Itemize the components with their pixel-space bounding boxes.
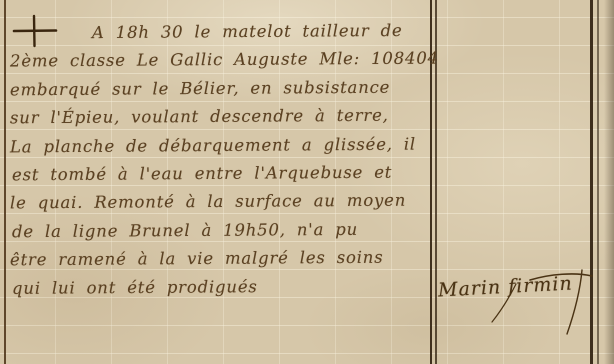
right-column-rule (590, 0, 593, 364)
entry-line: A 18h 30 le matelot tailleur de (92, 21, 403, 42)
margin-cross-mark (12, 14, 58, 48)
entry-line: 2ème classe Le Gallic Auguste Mle: 10840… (10, 49, 439, 71)
entry-line: de la ligne Brunel à 19h50, n'a pu (12, 220, 358, 241)
entry-line: être ramené à la vie malgré les soins (10, 248, 384, 270)
entry-line: le quai. Remonté à la surface au moyen (10, 191, 406, 213)
page-edge-shadow (604, 0, 614, 364)
entry-line: sur l'Épieu, voulant descendre à terre, (10, 106, 389, 128)
left-margin-rule (4, 0, 6, 364)
manuscript-page: A 18h 30 le matelot tailleur de 2ème cla… (0, 0, 614, 364)
right-column-rule-inner (597, 0, 599, 364)
entry-line: qui lui ont été prodigués (12, 277, 258, 298)
entry-line: embarqué sur le Bélier, en subsistance (10, 78, 390, 100)
entry-line: La planche de débarquement a glissée, il (10, 135, 416, 157)
signature: Marin firmin (438, 272, 574, 301)
entry-line: est tombé à l'eau entre l'Arquebuse et (12, 163, 392, 185)
